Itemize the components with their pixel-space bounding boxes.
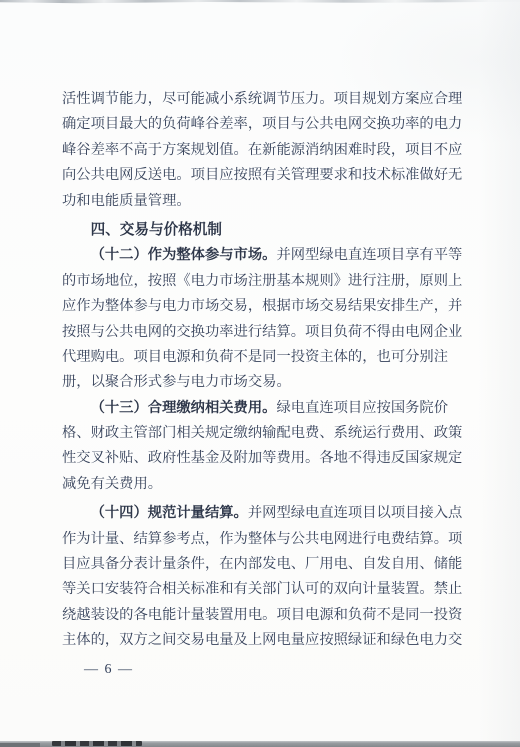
- heading-line: 四、交易与价格机制: [62, 218, 468, 243]
- scan-artifact-top-edge: [0, 0, 520, 4]
- text-line: 应作为整体参与电力市场交易，根据市场交易结果安排生产，并: [62, 294, 468, 319]
- text-line: 目应具备分表计量条件，在内部发电、厂用电、自发自用、储能: [62, 552, 468, 577]
- text-line: （十四）规范计量结算。并网型绿电直连项目以项目接入点: [62, 501, 468, 526]
- paragraph: （十四）规范计量结算。并网型绿电直连项目以项目接入点作为计量、结算参考点，作为整…: [62, 501, 468, 653]
- text-line: （十三）合理缴纳相关费用。绿电直连项目应按国务院价: [62, 396, 468, 421]
- paragraph: 活性调节能力，尽可能减小系统调节压力。项目规划方案应合理确定项目最大的负荷峰谷差…: [62, 87, 468, 214]
- text-block: 活性调节能力，尽可能减小系统调节压力。项目规划方案应合理确定项目最大的负荷峰谷差…: [62, 87, 468, 654]
- text-line: 向公共电网反送电。项目应按照有关管理要求和技术标准做好无: [62, 163, 468, 188]
- document-page: 活性调节能力，尽可能减小系统调节压力。项目规划方案应合理确定项目最大的负荷峰谷差…: [0, 0, 520, 747]
- text-line: 等关口安装符合相关标准和有关部门认可的双向计量装置。禁止: [62, 577, 468, 602]
- text-line: （十二）作为整体参与市场。并网型绿电直连项目享有平等: [62, 243, 468, 268]
- paragraph: （十三）合理缴纳相关费用。绿电直连项目应按国务院价格、财政主管部门相关规定缴纳输…: [62, 396, 468, 498]
- text-line: 功和电能质量管理。: [62, 189, 468, 214]
- text-line: 减免有关费用。: [62, 472, 468, 497]
- paragraph: （十二）作为整体参与市场。并网型绿电直连项目享有平等的市场地位，按照《电力市场注…: [62, 243, 468, 395]
- section-heading: 四、交易与价格机制: [62, 218, 468, 243]
- scan-artifact-bottom-left-mark: [0, 743, 40, 747]
- scan-artifact-cutoff-text: [52, 741, 142, 746]
- text-line: 册，以聚合形式参与电力市场交易。: [62, 370, 468, 395]
- paragraph-lead: （十三）合理缴纳相关费用。: [91, 400, 277, 416]
- paragraph-lead: （十四）规范计量结算。: [91, 505, 248, 521]
- text-line: 确定项目最大的负荷峰谷差率，项目与公共电网交换功率的电力: [62, 112, 468, 137]
- text-line: 主体的，双方之间交易电量及上网电量应按照绿证和绿色电力交: [62, 628, 468, 653]
- text-line: 峰谷差率不高于方案规划值。在新能源消纳困难时段，项目不应: [62, 138, 468, 163]
- text-line: 活性调节能力，尽可能减小系统调节压力。项目规划方案应合理: [62, 87, 468, 112]
- text-line: 按照与公共电网的交换功率进行结算。项目负荷不得由电网企业: [62, 320, 468, 345]
- text-line: 的市场地位，按照《电力市场注册基本规则》进行注册，原则上: [62, 269, 468, 294]
- text-line: 作为计量、结算参考点，作为整体与公共电网进行电费结算。项: [62, 527, 468, 552]
- text-line: 绕越装设的各电能计量装置用电。项目电源和负荷不是同一投资: [62, 603, 468, 628]
- paragraph-lead: （十二）作为整体参与市场。: [91, 247, 277, 263]
- text-line: 性交叉补贴、政府性基金及附加等费用。各地不得违反国家规定: [62, 446, 468, 471]
- text-line: 格、财政主管部门相关规定缴纳输配电费、系统运行费用、政策: [62, 421, 468, 446]
- text-line: 代理购电。项目电源和负荷不是同一投资主体的，也可分别注: [62, 345, 468, 370]
- page-number: — 6 —: [84, 657, 134, 682]
